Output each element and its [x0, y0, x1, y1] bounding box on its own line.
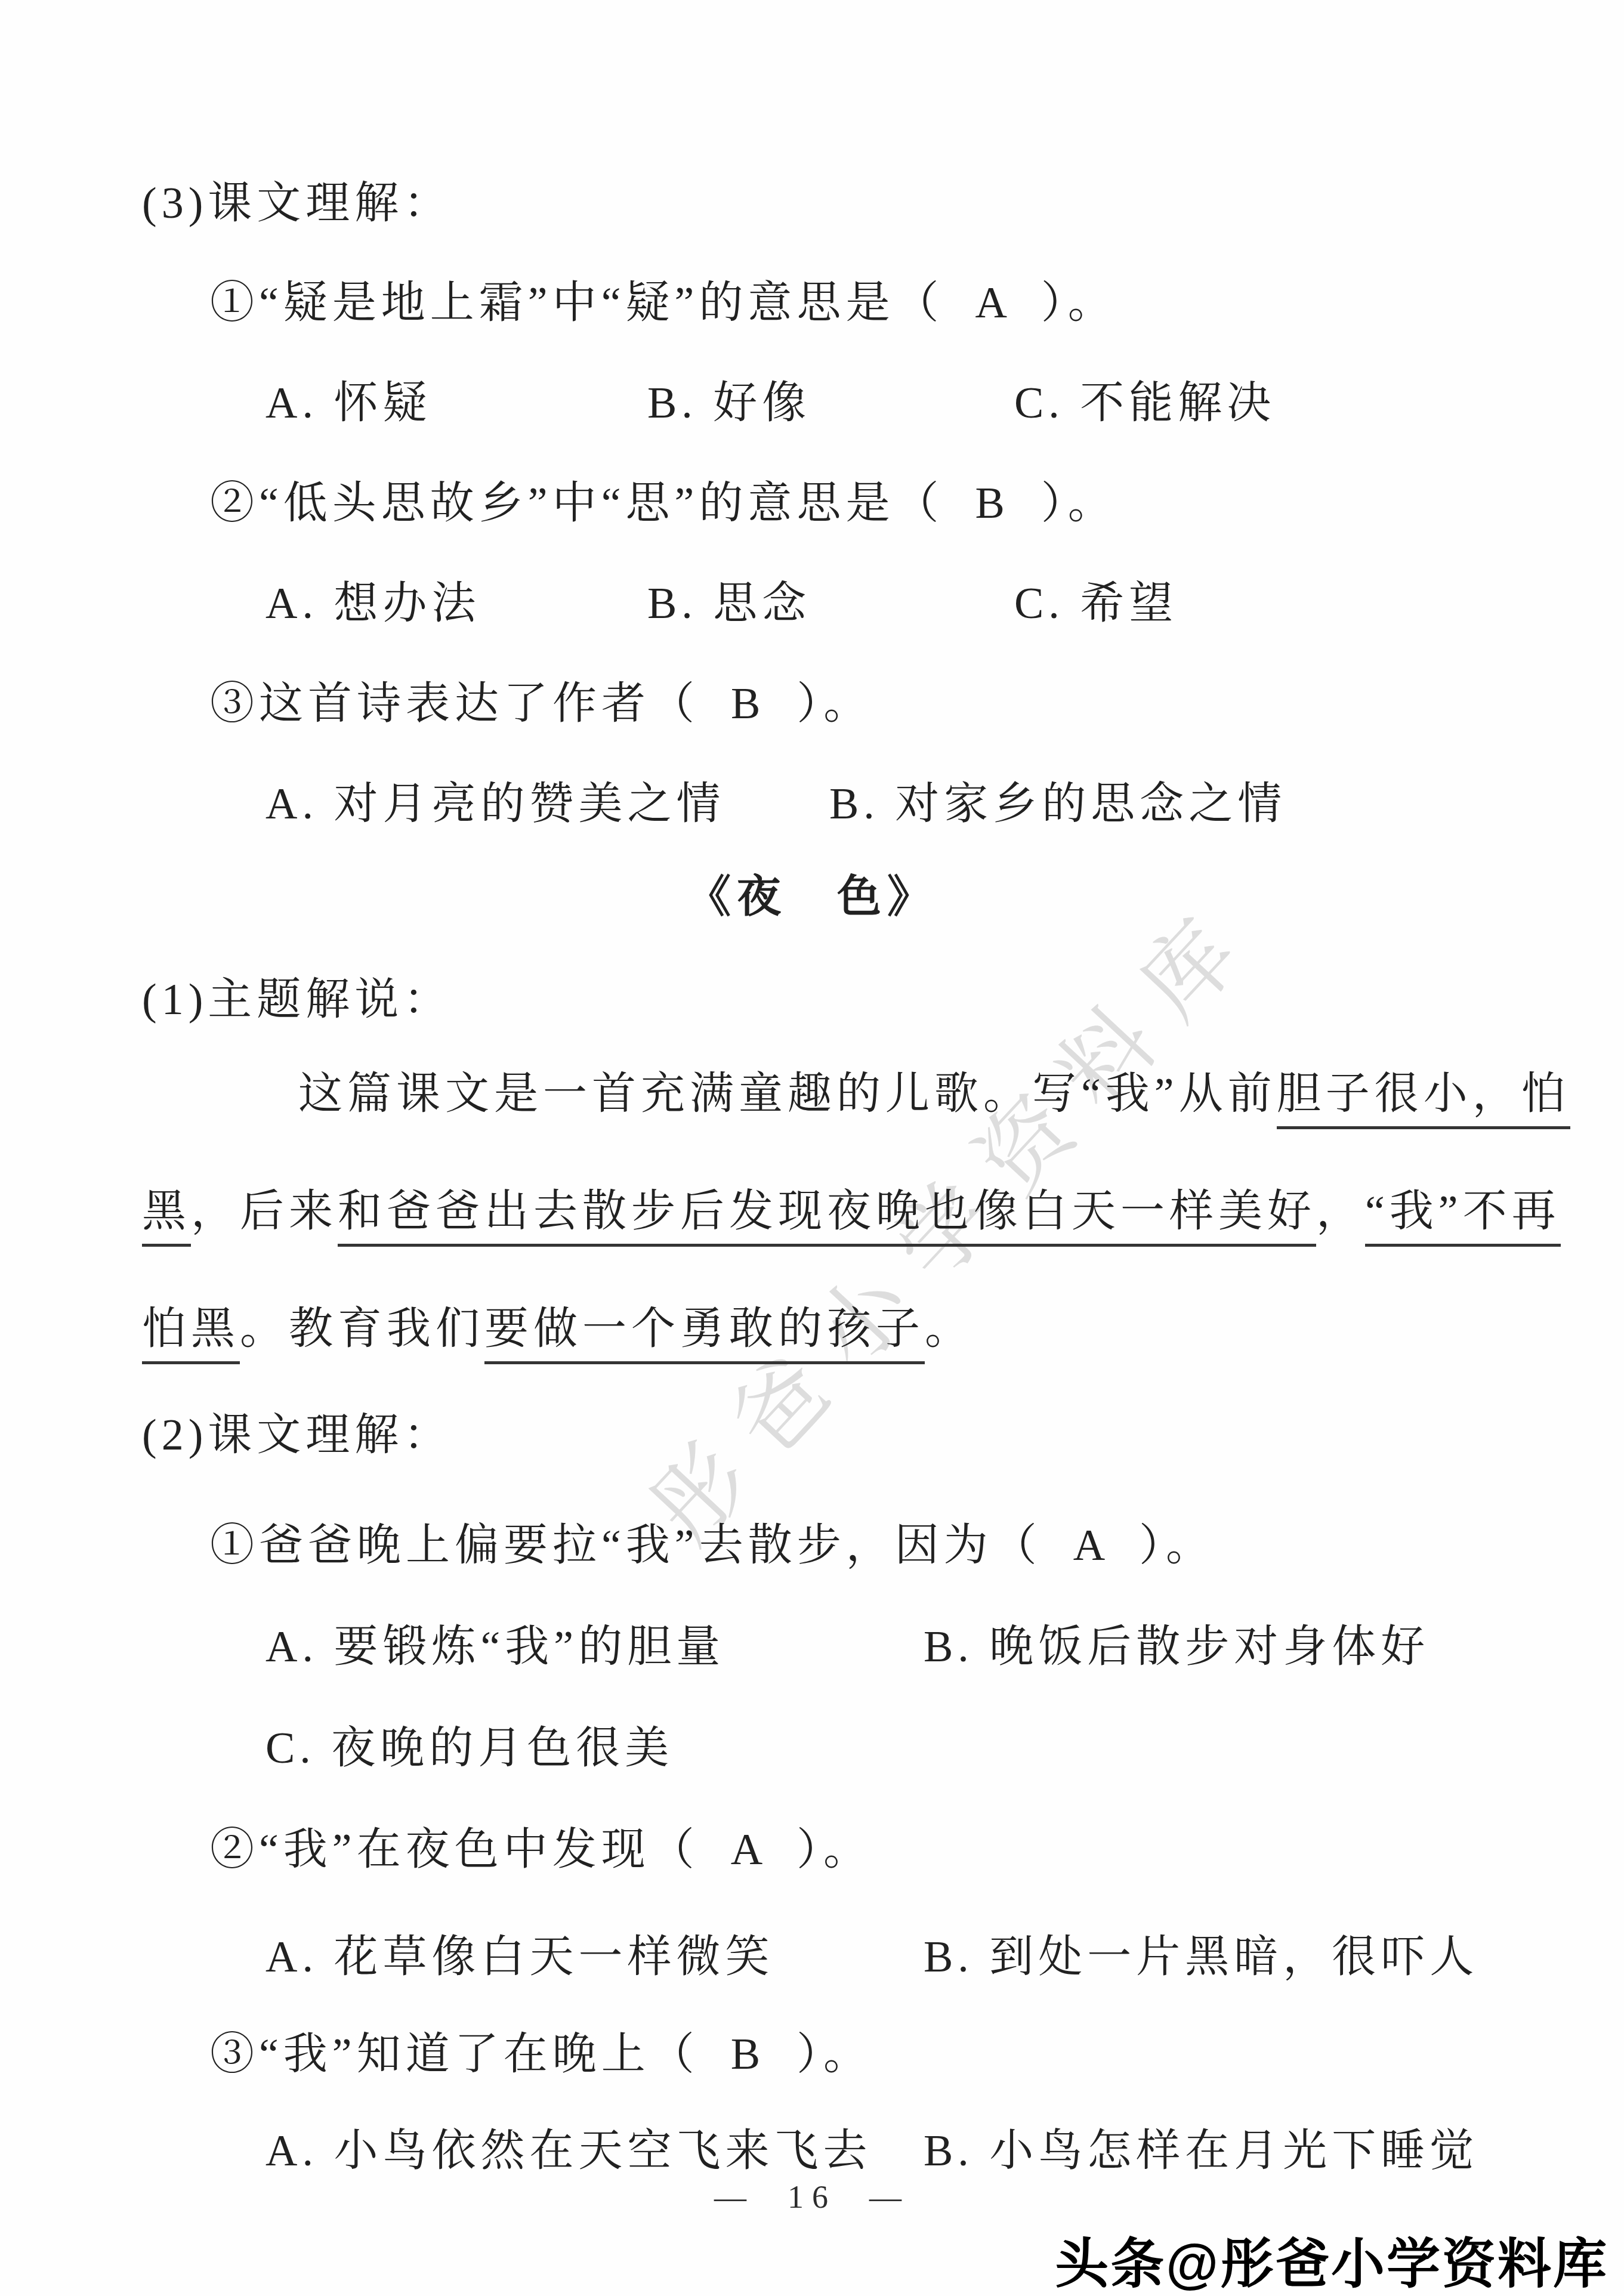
- section3-q2-option-c: C. 希望: [1014, 576, 1178, 632]
- section2-question2: ②“我”在夜色中发现（ A ）。: [210, 1822, 872, 1878]
- section3-q1-option-b: B. 好像: [647, 376, 811, 431]
- worksheet-page: 彤爸小学资料库 (3)课文理解： ①“疑是地上霜”中“疑”的意思是（ A ）。 …: [0, 0, 1624, 2296]
- poem-title: 《夜 色》: [0, 870, 1624, 925]
- theme-paragraph-line3: 怕黑。教育我们要做一个勇敢的孩子。: [142, 1302, 974, 1357]
- section2-q2-option-b: B. 到处一片黑暗，很吓人: [924, 1930, 1478, 1985]
- section2-q3-option-a: A. 小鸟依然在天空飞来飞去: [265, 2124, 872, 2179]
- theme-paragraph-line1: 这篇课文是一首充满童趣的儿歌。写“我”从前胆子很小，怕: [298, 1067, 1570, 1122]
- section2-q1-option-c: C. 夜晚的月色很美: [265, 1721, 674, 1776]
- line3-underlined-answer-2: 要做一个勇敢的孩子: [484, 1305, 925, 1364]
- section3-question2: ②“低头思故乡”中“思”的意思是（ B ）。: [210, 476, 1117, 531]
- section2-q3-option-b: B. 小鸟怎样在月光下睡觉: [924, 2124, 1478, 2179]
- section3-q3-option-a: A. 对月亮的赞美之情: [265, 777, 725, 832]
- credit-watermark: 头条@彤爸小学资料库: [1055, 2220, 1608, 2296]
- section3-q2-option-b: B. 思念: [647, 576, 811, 632]
- section3-q2-option-a: A. 想办法: [265, 576, 480, 632]
- line3-underlined-answer-1: 怕黑: [142, 1305, 240, 1364]
- page-number: — 16 —: [0, 2178, 1624, 2215]
- section3-q1-option-a: A. 怀疑: [265, 376, 431, 431]
- line2-underlined-answer-3: “我”不再: [1365, 1187, 1561, 1247]
- section1-heading: (1)主题解说：: [142, 972, 452, 1028]
- line2-plain-1: ，后来: [191, 1187, 338, 1236]
- section2-question3: ③“我”知道了在晚上（ B ）。: [210, 2027, 872, 2082]
- theme-paragraph-line2: 黑，后来和爸爸出去散步后发现夜晚也像白天一样美好，“我”不再: [142, 1184, 1561, 1240]
- section2-q1-option-a: A. 要锻炼“我”的胆量: [265, 1620, 725, 1675]
- section3-heading: (3)课文理解：: [142, 176, 452, 231]
- section3-question1: ①“疑是地上霜”中“疑”的意思是（ A ）。: [210, 276, 1117, 331]
- line2-underlined-answer-1: 黑: [142, 1187, 191, 1247]
- line3-plain-2: 。: [925, 1305, 974, 1354]
- line2-plain-2: ，: [1316, 1187, 1365, 1236]
- section2-q2-option-a: A. 花草像白天一样微笑: [265, 1930, 774, 1985]
- line2-underlined-answer-2: 和爸爸出去散步后发现夜晚也像白天一样美好: [338, 1187, 1316, 1247]
- section3-q3-option-b: B. 对家乡的思念之情: [829, 777, 1286, 832]
- line3-plain-1: 。教育我们: [240, 1305, 484, 1354]
- section3-question3: ③这首诗表达了作者（ B ）。: [210, 676, 872, 732]
- line1-plain: 这篇课文是一首充满童趣的儿歌。写“我”从前: [298, 1070, 1277, 1118]
- section3-q1-option-c: C. 不能解决: [1014, 376, 1276, 431]
- line1-underlined-answer: 胆子很小，怕: [1277, 1070, 1570, 1129]
- section2-heading: (2)课文理解：: [142, 1408, 452, 1463]
- section2-q1-option-b: B. 晚饭后散步对身体好: [924, 1620, 1430, 1675]
- section2-question1: ①爸爸晚上偏要拉“我”去散步，因为（ A ）。: [210, 1518, 1215, 1574]
